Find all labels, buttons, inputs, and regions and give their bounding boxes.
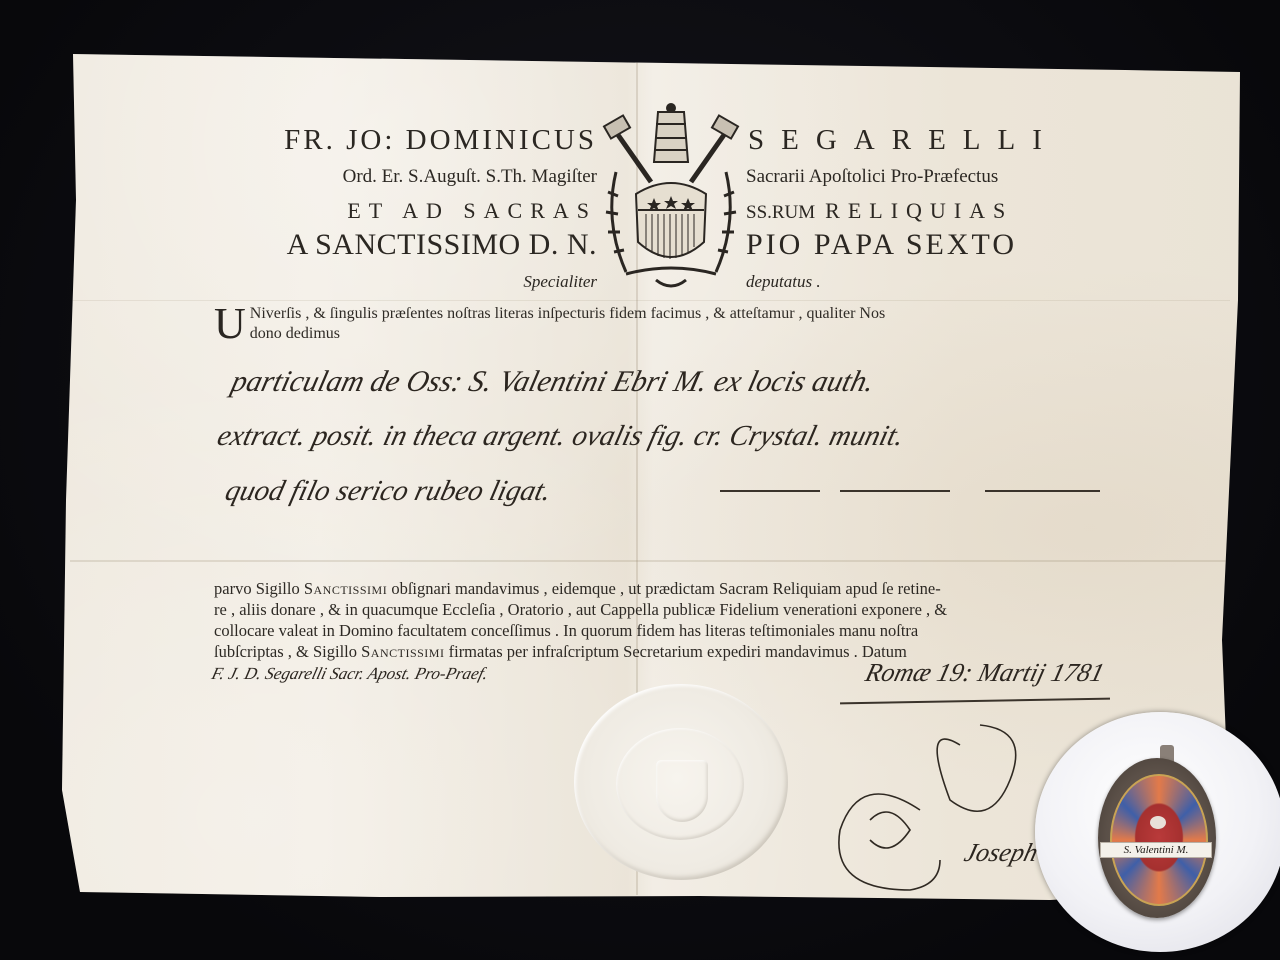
fold-crease-horizontal [70, 560, 1230, 562]
body-line-1: parvo Sigillo Sanctissimi obſignari mand… [214, 578, 1094, 599]
segarelli-signature: F. J. D. Segarelli Sacr. Apost. Pro-Prae… [210, 664, 491, 684]
handwritten-dash-1 [720, 490, 820, 492]
intro-text-2: dono dedimus [250, 325, 340, 342]
seal-shield-icon [656, 760, 708, 822]
body-paragraph: parvo Sigillo Sanctissimi obſignari mand… [214, 578, 1094, 662]
header-left-line1: FR. JO: DOMINICUS [221, 124, 597, 157]
header-left-line4: A SANCTISSIMO D. N. [221, 228, 597, 262]
header-left-line5: Specialiter [221, 272, 597, 292]
handwritten-line-1: particulam de Oss: S. Valentini Ebri M. … [228, 365, 878, 399]
relic-label: S. Valentini M. [1100, 842, 1212, 858]
handwritten-line-3: quod filo serico rubeo ligat. [222, 475, 555, 508]
header-left-line3: ET AD SACRAS [221, 198, 597, 224]
body-line-4a: ſubſcriptas , & Sigillo [214, 642, 361, 661]
papal-crest-icon [596, 102, 746, 294]
body-line-1b: obſignari mandavimus , eidemque , ut præ… [387, 579, 941, 598]
secretary-flourish-icon [830, 700, 1050, 910]
handwritten-line-2: extract. posit. in theca argent. ovalis … [214, 420, 907, 453]
body-line-4-smallcaps: Sanctissimi [361, 642, 444, 661]
reliquary-window [1110, 774, 1208, 906]
header-right-line1: SEGARELLI [748, 124, 1059, 157]
body-line-2: re , aliis donare , & in quacumque Eccle… [214, 599, 1094, 620]
header-right-ss-rum: SS.RUM [746, 202, 815, 223]
secretary-signature: Joseph [961, 838, 1041, 868]
handwritten-dash-3 [985, 490, 1100, 492]
body-line-1a: parvo Sigillo [214, 579, 304, 598]
header-left-line2: Ord. Er. S.Auguſt. S.Th. Magiſter [221, 166, 597, 188]
body-line-3: collocare valeat in Domino facultatem co… [214, 620, 1094, 641]
handwritten-dash-2 [840, 490, 950, 492]
intro-paragraph: U Niverſis , & ſingulis præſentes noſtra… [214, 304, 1094, 344]
header-right-line3: SS.RUM RELIQUIAS [746, 198, 1013, 224]
header-right-line5: deputatus . [746, 272, 821, 292]
body-line-4b: firmatas per infraſcriptum Secretarium e… [444, 642, 906, 661]
date-handwritten: Romæ 19: Martij 1781 [862, 658, 1107, 688]
header-right-line4: PIO PAPA SEXTO [746, 228, 1017, 262]
body-line-1-smallcaps: Sanctissimi [304, 579, 387, 598]
header-right-reliquias: RELIQUIAS [825, 198, 1013, 223]
drop-cap: U [214, 304, 246, 344]
relic-fragment-icon [1150, 816, 1166, 829]
header-right-line2: Sacrarii Apoſtolici Pro-Præfectus [746, 166, 998, 188]
intro-text: Niverſis , & ſingulis præſentes noſtras … [250, 305, 885, 322]
